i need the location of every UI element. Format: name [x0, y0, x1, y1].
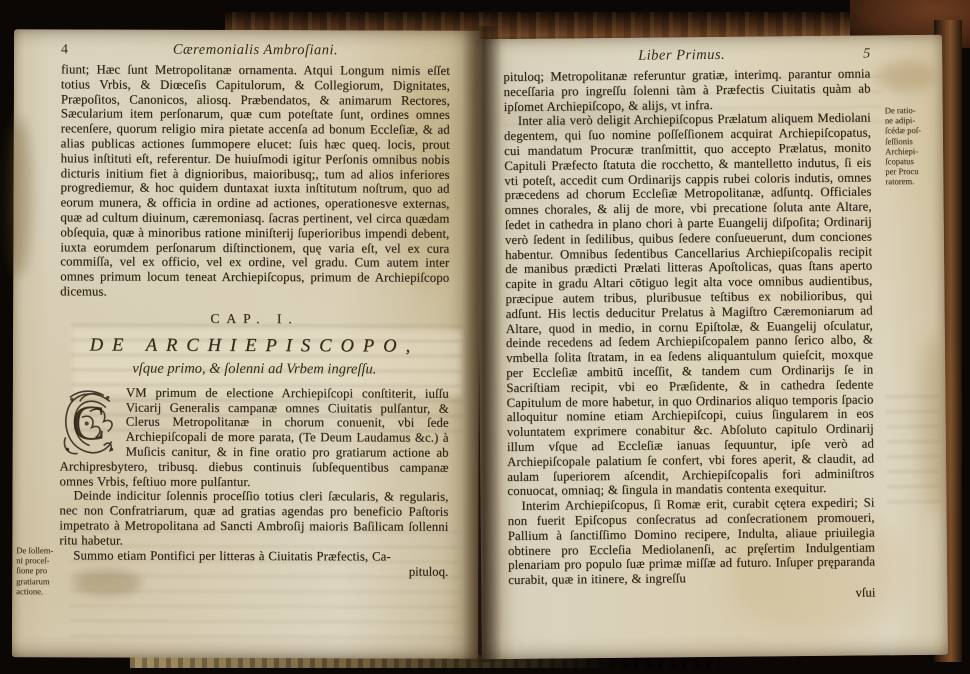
- left-paragraph-2: VM primum de electione Archiepiſcopi con…: [59, 385, 448, 490]
- margin-note-line: ne adipi-: [885, 115, 937, 126]
- right-paragraph-3: Interim Archiepiſcopus, ſi Romæ erit, cu…: [507, 496, 875, 588]
- right-page-header: Liber Primus. 5: [503, 45, 870, 66]
- right-catchword: vſui: [508, 585, 875, 604]
- left-running-title: Cæremonialis Ambroſiani.: [91, 41, 420, 59]
- margin-note-line: ſcopatus: [885, 156, 937, 167]
- left-page: 4 Cæremonialis Ambroſiani. fiunt; Hæc ſu…: [12, 29, 480, 659]
- chapter-number: CAP. I.: [60, 310, 449, 327]
- right-page-number: 5: [830, 46, 870, 62]
- left-page-header: 4 Cæremonialis Ambroſiani.: [61, 41, 450, 59]
- margin-note-line: actione.: [16, 586, 58, 596]
- svg-text:C: C: [72, 394, 106, 450]
- ornate-initial-icon: C: [60, 387, 118, 457]
- left-paragraph-4: Summo etiam Pontifici per litteras à Ciu…: [59, 548, 448, 564]
- margin-note-line: Archiepi-: [885, 146, 937, 157]
- right-running-title: Liber Primus.: [533, 46, 830, 66]
- right-paragraph-1: pituloq; Metropolitanæ referuntur gratiæ…: [503, 66, 870, 114]
- right-margin-note: De ratio- ne adipi- ſcédæ poſ- ſeſſionis…: [885, 105, 938, 187]
- left-margin-note: De ſollem- ni proceſ- ſione pro gratiaru…: [16, 545, 58, 596]
- right-paragraph-2: Inter alia verò deligit Archiepiſcopus P…: [504, 111, 875, 499]
- chapter-subtitle: vſque primo, & ſolenni ad Vrbem ingreſſu…: [60, 360, 449, 378]
- left-paragraph-1: fiunt; Hæc ſunt Metropolitanæ ornamenta.…: [60, 62, 450, 300]
- margin-note-line: per Procu: [885, 166, 937, 177]
- chapter-title: DE ARCHIEPISCOPO,: [60, 335, 449, 357]
- margin-note-line: gratiarum: [16, 576, 58, 586]
- margin-note-line: De ratio-: [885, 105, 937, 116]
- left-page-number: 4: [61, 42, 91, 58]
- right-page: Liber Primus. 5 pituloq; Metropolitanæ r…: [476, 35, 948, 659]
- left-catchword: pituloq.: [59, 564, 448, 580]
- open-book-photo: 4 Cæremonialis Ambroſiani. fiunt; Hæc ſu…: [0, 0, 970, 674]
- margin-note-line: ſione pro: [16, 566, 58, 576]
- margin-note-line: ratorem.: [885, 176, 937, 187]
- margin-note-line: ſeſſionis: [885, 135, 937, 146]
- margin-note-line: ni proceſ-: [16, 555, 58, 565]
- chapter-opening-paragraph: C VM primum de electione Archiepiſcopi c…: [59, 385, 448, 490]
- margin-note-line: De ſollem-: [16, 545, 58, 555]
- left-paragraph-3: Deinde indicitur ſolennis proceſſio toti…: [59, 489, 448, 550]
- margin-note-line: ſcédæ poſ-: [885, 125, 937, 136]
